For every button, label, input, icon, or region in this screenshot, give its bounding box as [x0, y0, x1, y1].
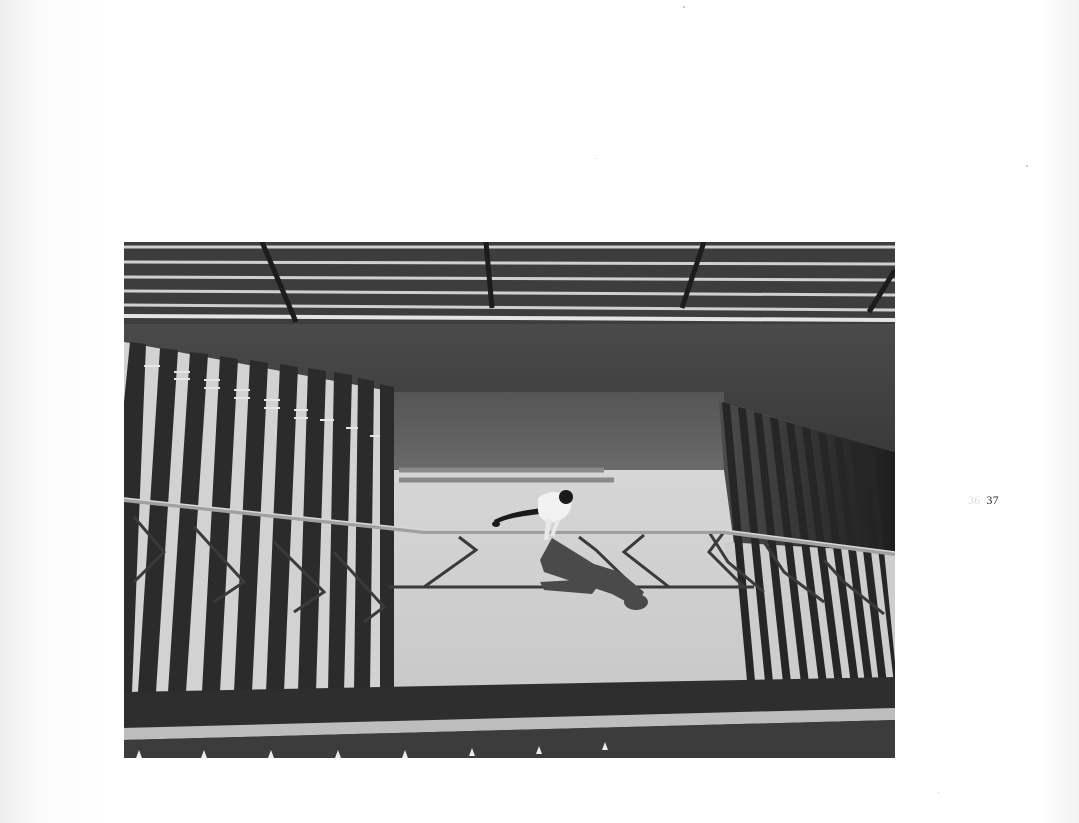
show-through-page-number: 36: [968, 493, 980, 507]
scan-speck: [683, 6, 685, 8]
stairwell-photograph: [124, 242, 895, 758]
page-number-text: 37: [986, 493, 998, 507]
scan-speck: [595, 158, 596, 159]
scan-speck: [1026, 165, 1028, 167]
book-page: 3637: [0, 0, 1079, 823]
photo-illustration: [124, 242, 895, 758]
scan-speck: [938, 792, 939, 793]
page-number: 3637: [968, 493, 999, 508]
